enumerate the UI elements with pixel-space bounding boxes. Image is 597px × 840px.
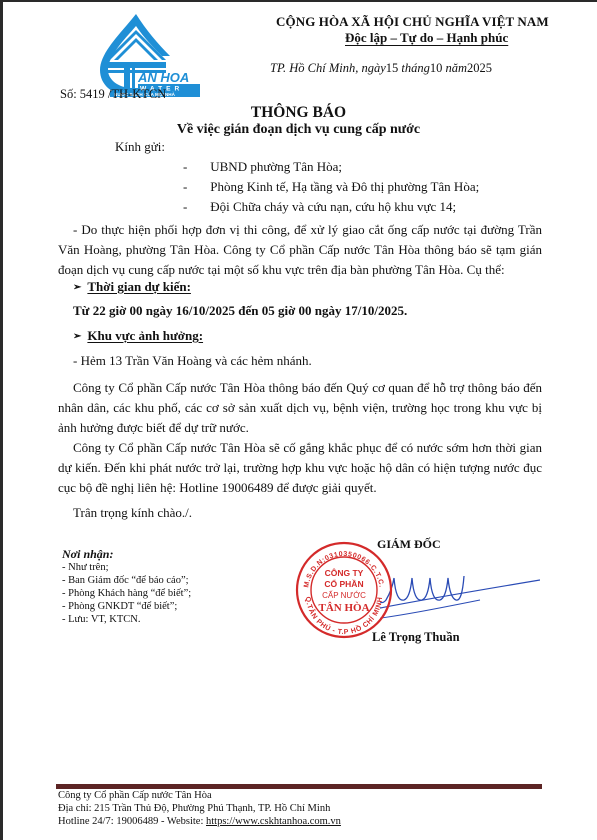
outage-time-range: Từ 22 giờ 00 ngày 16/10/2025 đến 05 giờ … xyxy=(73,303,407,319)
svg-text:CỔ PHẦN: CỔ PHẦN xyxy=(324,578,363,589)
section-time-label: Thời gian dự kiến: xyxy=(87,279,191,294)
recipient-item: - UBND phường Tân Hòa; xyxy=(183,159,342,175)
notice-line: nhân dân, các khu phố, các cơ sở sản xuấ… xyxy=(58,400,542,416)
intro-line: - Do thực hiện phối hợp đơn vị thi công,… xyxy=(73,222,542,238)
date-month: 10 xyxy=(430,61,443,75)
closing-text: Trân trọng kính chào./. xyxy=(73,505,192,521)
arrow-bullet-icon: ➢ xyxy=(73,331,81,342)
company-stamp-icon: M.S.D.N:0310350066-C.T.C. Q.TÂN PHÚ - T.… xyxy=(294,540,394,640)
footer-address: Địa chỉ: 215 Trần Thủ Độ, Phường Phú Thạ… xyxy=(58,803,330,814)
affected-area: - Hẻm 13 Trần Văn Hoàng và các hẻm nhánh… xyxy=(73,353,312,369)
date-year: 2025 xyxy=(467,61,492,75)
signer-name: Lê Trọng Thuần xyxy=(372,630,460,645)
national-motto: Độc lập – Tự do – Hạnh phúc xyxy=(345,30,508,46)
arrow-bullet-icon: ➢ xyxy=(73,282,81,293)
document-subtitle: Về việc gián đoạn dịch vụ cung cấp nước xyxy=(0,122,597,138)
recipient-label: Phòng Kinh tế, Hạ tầng và Đô thị phường … xyxy=(210,179,479,194)
month-label: tháng xyxy=(398,61,430,75)
greeting: Kính gửi: xyxy=(115,139,165,155)
section-area-label: Khu vực ảnh hưởng: xyxy=(87,328,203,343)
svg-text:AN HOA: AN HOA xyxy=(137,70,189,85)
intro-line: Văn Hoàng, phường Tân Hòa. Công ty Cổ ph… xyxy=(58,242,542,258)
receiver-item: - Lưu: VT, KTCN. xyxy=(62,614,141,625)
svg-text:CẤP NƯỚC: CẤP NƯỚC xyxy=(322,590,366,600)
recipient-bullet: - xyxy=(183,159,197,175)
page-frame-top xyxy=(0,0,597,2)
section-time-heading: ➢Thời gian dự kiến: xyxy=(73,279,191,295)
effort-line: Công ty Cổ phần Cấp nước Tân Hòa sẽ cố g… xyxy=(73,440,542,456)
footer-company: Công ty Cổ phần Cấp nước Tân Hòa xyxy=(58,790,212,801)
section-area-heading: ➢Khu vực ảnh hưởng: xyxy=(73,328,203,344)
receiver-item: - Phòng GNKDT “để biết”; xyxy=(62,601,177,612)
recipient-item: - Phòng Kinh tế, Hạ tầng và Đô thị phườn… xyxy=(183,179,479,195)
document-number: Số: 5419 /TH-KTCN xyxy=(60,87,166,102)
recipient-bullet: - xyxy=(183,179,197,195)
footer-contact: Hotline 24/7: 19006489 - Website: https:… xyxy=(58,816,341,827)
date-day: 15 xyxy=(386,61,399,75)
footer-divider xyxy=(56,784,542,789)
recipient-label: UBND phường Tân Hòa; xyxy=(210,159,342,174)
recipient-item: - Đội Chữa cháy và cứu nạn, cứu hộ khu v… xyxy=(183,199,456,215)
effort-line: dự kiến. Đến khi phát nước trở lại, trườ… xyxy=(58,460,542,476)
recipient-label: Đội Chữa cháy và cứu nạn, cứu hộ khu vực… xyxy=(210,199,456,214)
water-drop-logo-icon: AN HOA WATER NƯỚC SẠCH CỦA MỌI NHÀ xyxy=(92,12,202,98)
receiver-item: - Ban Giám đốc “để báo cáo”; xyxy=(62,575,189,586)
place-label: TP. Hồ Chí Minh, ngày xyxy=(270,61,386,75)
svg-text:TÂN HÒA: TÂN HÒA xyxy=(318,602,369,614)
receiver-item: - Phòng Khách hàng “để biết”; xyxy=(62,588,191,599)
receivers-title: Nơi nhận: xyxy=(62,547,113,562)
national-title: CỘNG HÒA XÃ HỘI CHỦ NGHĨA VIỆT NAM xyxy=(276,14,549,30)
website-link[interactable]: https://www.cskhtanhoa.com.vn xyxy=(206,816,341,827)
notice-line: ảnh hưởng được biết để dự trữ nước. xyxy=(58,420,542,436)
notice-line: Công ty Cổ phần Cấp nước Tân Hòa thông b… xyxy=(73,380,542,396)
effort-line: cục bộ đề nghị liên hệ: Hotline 19006489… xyxy=(58,480,542,496)
intro-line: đoạn dịch vụ cung cấp nước tại một số kh… xyxy=(58,262,542,278)
place-and-date: TP. Hồ Chí Minh, ngày15 tháng10 năm2025 xyxy=(270,61,492,76)
footer-hotline: Hotline 24/7: 19006489 - Website: xyxy=(58,816,206,827)
year-label: năm xyxy=(442,61,467,75)
handwritten-signature-icon xyxy=(380,560,540,635)
receiver-item: - Như trên; xyxy=(62,562,109,573)
recipient-bullet: - xyxy=(183,199,197,215)
document-title: THÔNG BÁO xyxy=(0,104,597,122)
svg-text:CÔNG TY: CÔNG TY xyxy=(325,567,364,578)
